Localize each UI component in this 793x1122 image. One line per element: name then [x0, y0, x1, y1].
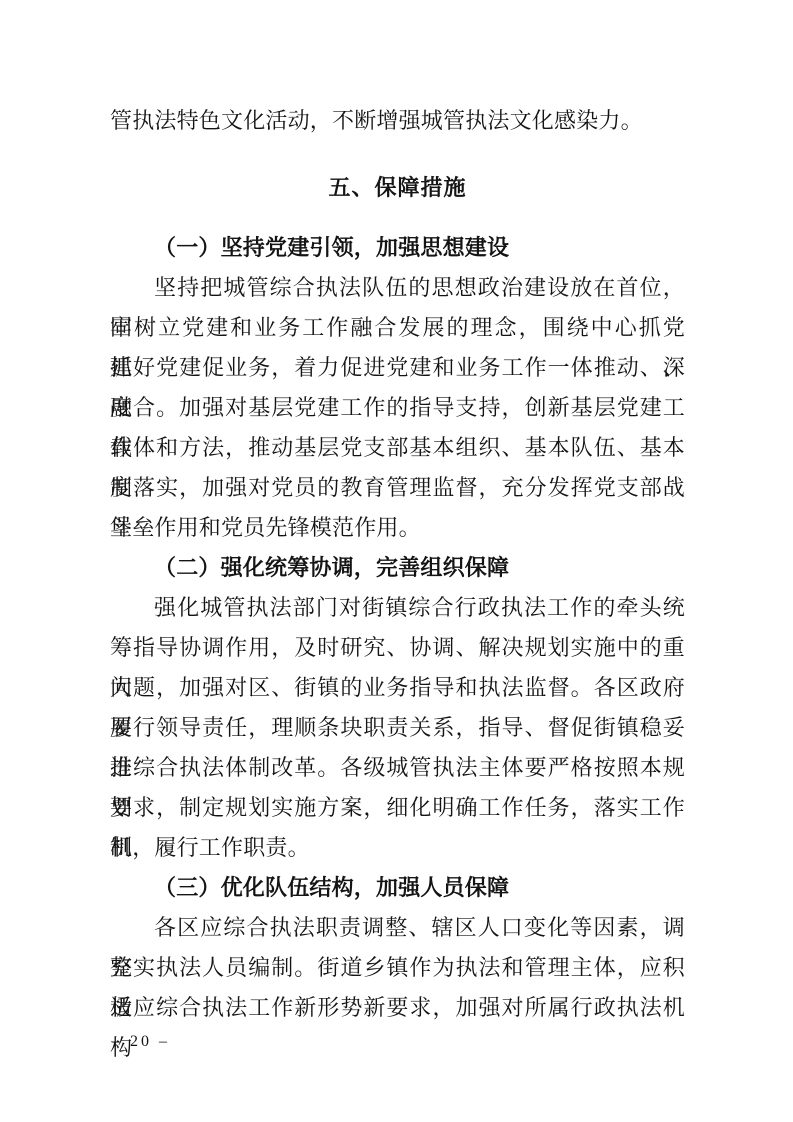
body-line: 履行领导责任，理顺条块职责关系，指导、督促街镇稳妥推: [110, 708, 685, 748]
body-line: 固树立党建和业务工作融合发展的理念，围绕中心抓党建、: [110, 308, 685, 348]
page-number: – 20 –: [112, 1030, 170, 1054]
body-line: 各区应综合执法职责调整、辖区人口变化等因素，调整: [110, 908, 685, 948]
body-line: 抓好党建促业务，着力促进党建和业务工作一体推动、深度: [110, 348, 685, 388]
body-line: 融合。加强对基层党建工作的指导支持，创新基层党建工作: [110, 388, 685, 428]
section-title-1: （一）坚持党建引领，加强思想建设: [110, 228, 685, 268]
section-title-3: （三）优化队伍结构，加强人员保障: [110, 868, 685, 908]
body-line: 堡垒作用和党员先锋模范作用。: [110, 508, 685, 548]
body-line: 度落实，加强对党员的教育管理监督，充分发挥党支部战斗: [110, 468, 685, 508]
body-line: 进综合执法体制改革。各级城管执法主体要严格按照本规划: [110, 748, 685, 788]
section-title-2: （二）强化统筹协调，完善组织保障: [110, 548, 685, 588]
chapter-heading: 五、保障措施: [110, 168, 685, 208]
body-line: 载体和方法，推动基层党支部基本组织、基本队伍、基本制: [110, 428, 685, 468]
body-line: 强化城管执法部门对街镇综合行政执法工作的牵头统: [110, 588, 685, 628]
body-line: 筹指导协调作用，及时研究、协调、解决规划实施中的重大: [110, 628, 685, 668]
top-margin: [110, 0, 685, 101]
body-line: 适应综合执法工作新形势新要求，加强对所属行政执法机构: [110, 988, 685, 1028]
continuation-line: 管执法特色文化活动，不断增强城管执法文化感染力。: [110, 101, 685, 141]
body-line: 要求，制定规划实施方案，细化明确工作任务，落实工作机: [110, 788, 685, 828]
text-column: 管执法特色文化活动，不断增强城管执法文化感染力。 五、保障措施 （一）坚持党建引…: [110, 0, 685, 1028]
body-line: 坚持把城管综合执法队伍的思想政治建设放在首位，牢: [110, 268, 685, 308]
body-line: 问题，加强对区、街镇的业务指导和执法监督。各区政府要: [110, 668, 685, 708]
body-line: 充实执法人员编制。街道乡镇作为执法和管理主体，应积极: [110, 948, 685, 988]
document-page: 管执法特色文化活动，不断增强城管执法文化感染力。 五、保障措施 （一）坚持党建引…: [0, 0, 793, 1122]
body-line: 制，履行工作职责。: [110, 828, 685, 868]
